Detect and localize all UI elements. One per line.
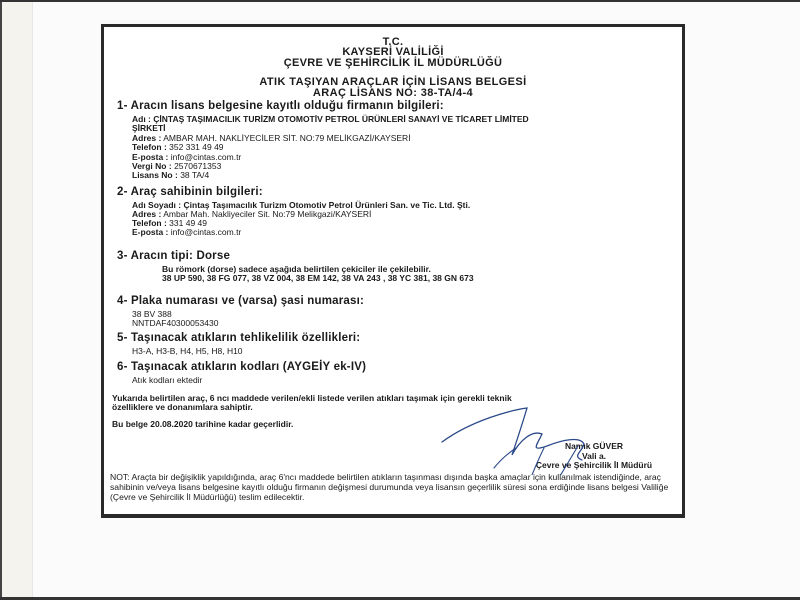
scan-edge-top (0, 0, 800, 2)
chassis-number: NNTDAF40300053430 (132, 318, 218, 328)
scan-edge-left (0, 0, 2, 600)
company-name: ÇİNTAŞ TAŞIMACILIK TURİZM OTOMOTİV PETRO… (153, 114, 528, 124)
section1-name: Adı : ÇİNTAŞ TAŞIMACILIK TURİZM OTOMOTİV… (132, 114, 529, 124)
section3-tractor-plates: 38 UP 590, 38 FG 077, 38 VZ 004, 38 EM 1… (162, 273, 474, 283)
validity-date: Bu belge 20.08.2020 tarihine kadar geçer… (112, 419, 293, 429)
signatory-block: Namık GÜVER Vali a. Çevre ve Şehircilik … (504, 442, 684, 471)
section1-name-cont: ŞİRKETİ (132, 123, 166, 133)
section5-heading: 5- Taşınacak atıkların tehlikelilik özel… (117, 332, 360, 344)
hazard-properties: H3-A, H3-B, H4, H5, H8, H10 (132, 346, 243, 356)
section1-license: Lisans No : 38 TA/4 (132, 170, 209, 180)
license-number: ARAÇ LİSANS NO: 38-TA/4-4 (104, 87, 682, 99)
section2-heading: 2- Araç sahibinin bilgileri: (117, 186, 263, 198)
section2-email: E-posta : info@cintas.com.tr (132, 227, 241, 237)
section4-heading: 4- Plaka numarası ve (varsa) şasi numara… (117, 295, 364, 307)
note-text: NOT: Araçta bir değişiklik yapıldığında,… (110, 472, 680, 502)
section1-heading: 1- Aracın lisans belgesine kayıtlı olduğ… (117, 100, 444, 112)
license-document: T.C. KAYSERİ VALİLİĞİ ÇEVRE VE ŞEHİRCİLİ… (101, 24, 685, 518)
signatory-title: Çevre ve Şehircilik İl Müdürü (504, 461, 684, 471)
section1-phone: Telefon : 352 331 49 49 (132, 142, 224, 152)
header-directorate: ÇEVRE VE ŞEHİRCİLİK İL MÜDÜRLÜĞÜ (104, 57, 682, 69)
section3-heading: 3- Aracın tipi: Dorse (117, 250, 230, 262)
section6-heading: 6- Taşınacak atıkların kodları (AYGEİY e… (117, 361, 366, 373)
statement-line2: özelliklere ve donanımlara sahiptir. (112, 402, 253, 412)
waste-codes: Atık kodları ektedir (132, 375, 202, 385)
scan-margin-left (0, 0, 33, 600)
